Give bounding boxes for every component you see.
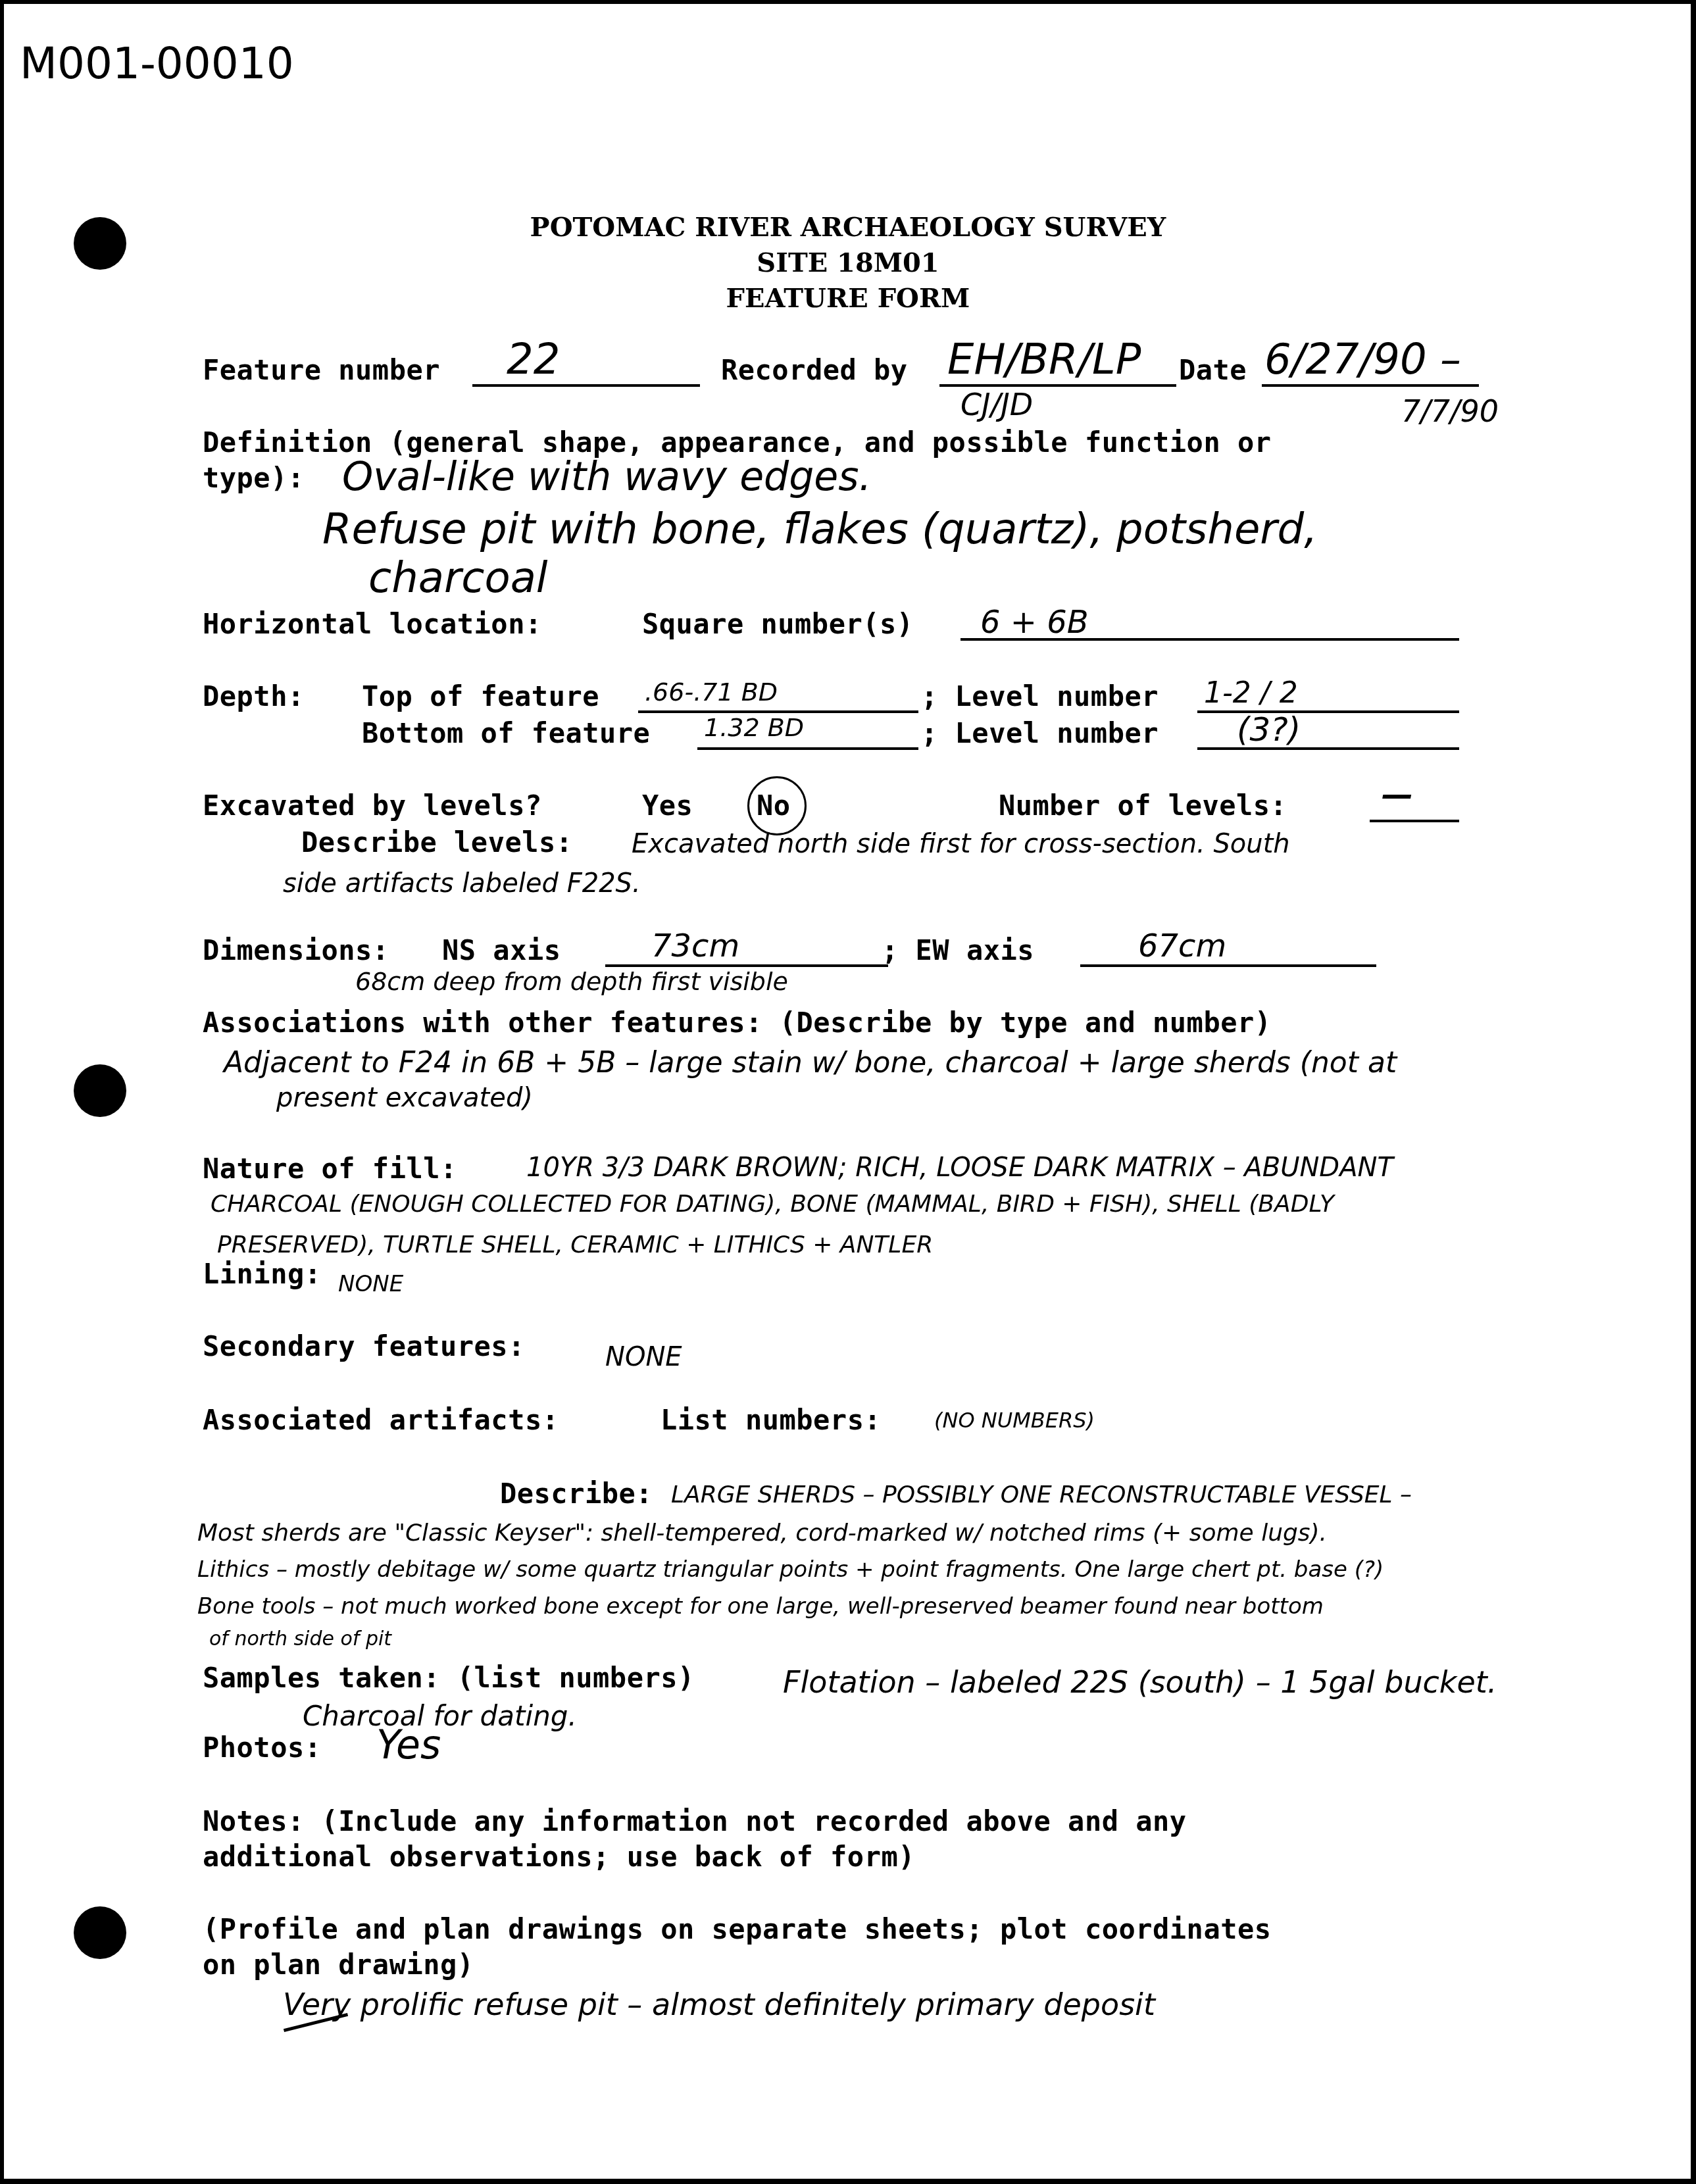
binder-hole-middle bbox=[74, 1064, 126, 1117]
number-of-levels-value[interactable]: — bbox=[1382, 776, 1413, 813]
scan-border-left bbox=[0, 0, 4, 2184]
recorded-by-value-2[interactable]: CJ/JD bbox=[960, 387, 1033, 422]
lining-value[interactable]: NONE bbox=[338, 1271, 403, 1297]
site-title: SITE 18M01 bbox=[0, 247, 1696, 278]
number-of-levels-underline bbox=[1370, 820, 1459, 822]
describe-value-4[interactable]: Bone tools – not much worked bone except… bbox=[197, 1593, 1324, 1620]
excavated-by-levels-label: Excavated by levels? bbox=[203, 789, 542, 822]
ns-axis-value[interactable]: 73cm bbox=[651, 928, 739, 964]
bottom-of-feature-label: Bottom of feature bbox=[362, 717, 650, 749]
describe-value-3[interactable]: Lithics – mostly debitage w/ some quartz… bbox=[197, 1556, 1384, 1583]
date-label: Date bbox=[1179, 354, 1247, 386]
scan-border-right bbox=[1691, 0, 1696, 2184]
list-numbers-value[interactable]: (NO NUMBERS) bbox=[934, 1408, 1095, 1433]
definition-label-2: type): bbox=[203, 462, 305, 494]
scan-border-top bbox=[0, 0, 1696, 4]
recorded-by-label: Recorded by bbox=[721, 354, 908, 386]
list-numbers-label: List numbers: bbox=[661, 1404, 881, 1436]
ns-axis-label: NS axis bbox=[442, 934, 561, 966]
horizontal-location-label: Horizontal location: bbox=[203, 608, 542, 640]
lining-label: Lining: bbox=[203, 1258, 322, 1290]
bottom-of-feature-value[interactable]: 1.32 BD bbox=[704, 713, 804, 742]
recorded-by-value[interactable]: EH/BR/LP bbox=[947, 335, 1141, 384]
bottom-of-feature-underline bbox=[697, 747, 918, 750]
top-level-number-label: ; Level number bbox=[921, 680, 1159, 712]
square-number-label: Square number(s) bbox=[642, 608, 914, 640]
nature-of-fill-value[interactable]: 10YR 3/3 DARK BROWN; RICH, LOOSE DARK MA… bbox=[526, 1153, 1393, 1183]
describe-levels-value-2[interactable]: side artifacts labeled F22S. bbox=[283, 868, 641, 899]
describe-value[interactable]: LARGE SHERDS – POSSIBLY ONE RECONSTRUCTA… bbox=[671, 1481, 1412, 1508]
date-value[interactable]: 6/27/90 – bbox=[1264, 335, 1461, 384]
describe-levels-value[interactable]: Excavated north side first for cross-sec… bbox=[632, 829, 1290, 859]
feature-number-label: Feature number bbox=[203, 354, 440, 386]
excavated-yes-option[interactable]: Yes bbox=[642, 789, 693, 822]
no-selected-circle bbox=[747, 776, 807, 835]
dimensions-note[interactable]: 68cm deep from depth first visible bbox=[355, 967, 788, 996]
definition-value-2[interactable]: Refuse pit with bone, flakes (quartz), p… bbox=[322, 505, 1318, 554]
nature-of-fill-value-3[interactable]: PRESERVED), TURTLE SHELL, CERAMIC + LITH… bbox=[217, 1231, 933, 1258]
secondary-features-value[interactable]: NONE bbox=[605, 1342, 682, 1372]
square-number-value[interactable]: 6 + 6B bbox=[980, 604, 1089, 641]
drawings-label: (Profile and plan drawings on separate s… bbox=[203, 1913, 1272, 1945]
describe-value-2[interactable]: Most sherds are "Classic Keyser": shell-… bbox=[197, 1520, 1327, 1547]
survey-title: POTOMAC RIVER ARCHAEOLOGY SURVEY bbox=[0, 212, 1696, 243]
samples-taken-value[interactable]: Flotation – labeled 22S (south) – 1 5gal… bbox=[783, 1664, 1497, 1700]
describe-label: Describe: bbox=[500, 1477, 653, 1510]
associated-artifacts-label: Associated artifacts: bbox=[203, 1404, 559, 1436]
scan-border-bottom bbox=[0, 2179, 1696, 2184]
number-of-levels-label: Number of levels: bbox=[999, 789, 1287, 822]
notes-label: Notes: (Include any information not reco… bbox=[203, 1805, 1187, 1837]
bottom-level-number-label: ; Level number bbox=[921, 717, 1159, 749]
feature-number-value[interactable]: 22 bbox=[507, 335, 560, 384]
ew-axis-value[interactable]: 67cm bbox=[1138, 928, 1226, 964]
samples-taken-label: Samples taken: (list numbers) bbox=[203, 1662, 695, 1694]
form-title: FEATURE FORM bbox=[0, 283, 1696, 314]
describe-levels-label: Describe levels: bbox=[301, 826, 573, 858]
secondary-features-label: Secondary features: bbox=[203, 1330, 525, 1362]
associations-label: Associations with other features: (Descr… bbox=[203, 1006, 1272, 1039]
top-of-feature-value[interactable]: .66-.71 BD bbox=[645, 678, 778, 707]
nature-of-fill-label: Nature of fill: bbox=[203, 1153, 457, 1185]
photos-value[interactable]: Yes bbox=[376, 1722, 441, 1768]
document-id: M001-00010 bbox=[20, 38, 294, 89]
notes-label-2: additional observations; use back of for… bbox=[203, 1841, 915, 1873]
date-value-2[interactable]: 7/7/90 bbox=[1401, 393, 1499, 429]
photos-label: Photos: bbox=[203, 1731, 322, 1764]
definition-value-3[interactable]: charcoal bbox=[368, 554, 548, 603]
drawings-label-2: on plan drawing) bbox=[203, 1948, 474, 1981]
nature-of-fill-value-2[interactable]: CHARCOAL (ENOUGH COLLECTED FOR DATING), … bbox=[211, 1191, 1334, 1218]
associations-value-2[interactable]: present excavated) bbox=[276, 1083, 533, 1113]
definition-value[interactable]: Oval-like with wavy edges. bbox=[342, 454, 872, 500]
binder-hole-bottom bbox=[74, 1906, 126, 1959]
feature-number-underline bbox=[472, 384, 700, 387]
top-level-number-value[interactable]: 1-2 / 2 bbox=[1204, 676, 1298, 710]
ew-axis-label: ; EW axis bbox=[882, 934, 1034, 966]
ew-axis-underline bbox=[1080, 964, 1376, 967]
drawings-note-value[interactable]: Very prolific refuse pit – almost defini… bbox=[283, 1987, 1155, 2022]
describe-value-5[interactable]: of north side of pit bbox=[209, 1627, 391, 1650]
top-of-feature-label: Top of feature bbox=[362, 680, 599, 712]
bottom-level-number-value[interactable]: (3?) bbox=[1237, 710, 1301, 749]
depth-label: Depth: bbox=[203, 680, 305, 712]
associations-value[interactable]: Adjacent to F24 in 6B + 5B – large stain… bbox=[224, 1046, 1397, 1080]
date-underline bbox=[1262, 384, 1479, 387]
dimensions-label: Dimensions: bbox=[203, 934, 389, 966]
